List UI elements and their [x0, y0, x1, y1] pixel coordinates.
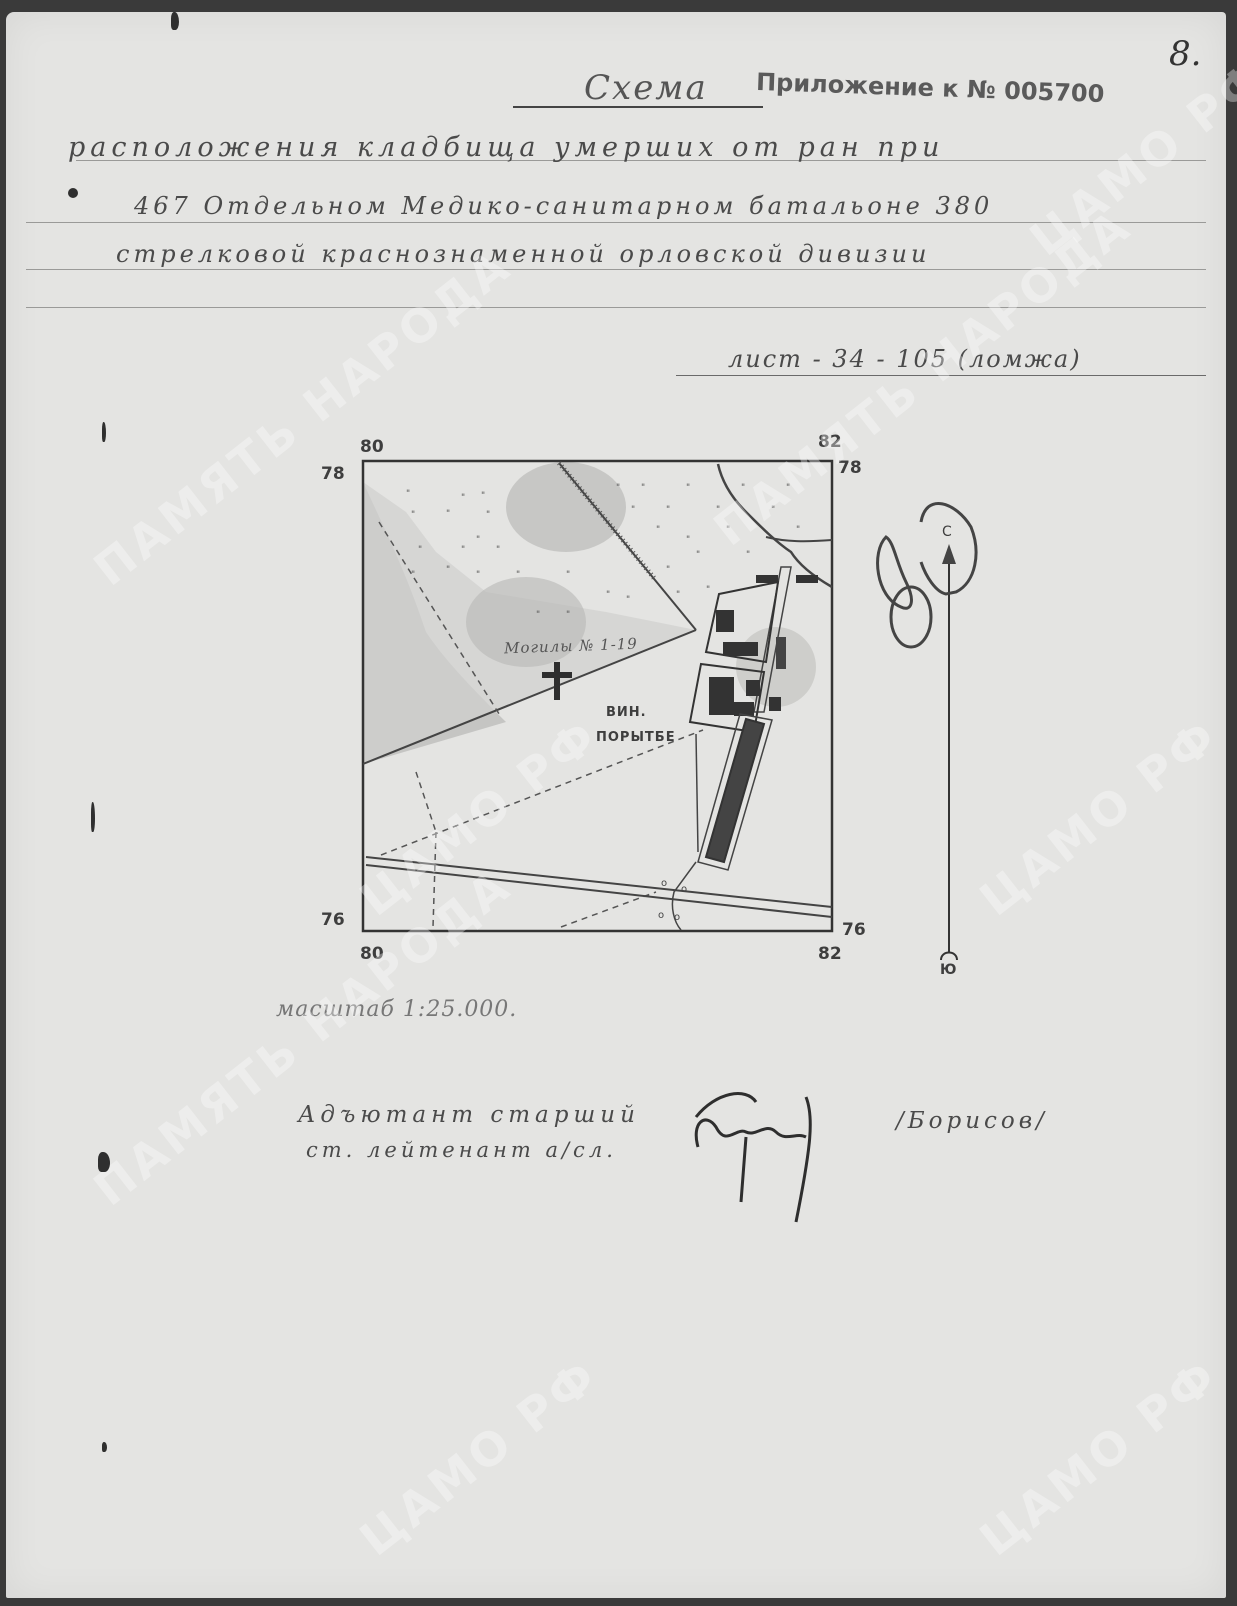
- svg-text:": ": [446, 565, 450, 575]
- svg-text:": ": [686, 483, 690, 493]
- svg-text:": ": [626, 595, 630, 605]
- svg-text:": ": [741, 483, 745, 493]
- svg-text:": ": [771, 505, 775, 515]
- north-arrow-icon: [846, 482, 986, 962]
- svg-text:": ": [746, 550, 750, 560]
- svg-text:": ": [481, 491, 485, 501]
- grid-label-right-top-y: 78: [838, 458, 862, 478]
- svg-text:": ": [461, 493, 465, 503]
- svg-text:": ": [606, 590, 610, 600]
- paper-damage: [91, 802, 95, 832]
- watermark-text: ЦАМО РФ: [970, 1348, 1229, 1567]
- svg-text:": ": [666, 565, 670, 575]
- svg-text:": ": [706, 585, 710, 595]
- compass-north-label: С: [942, 524, 953, 540]
- svg-text:": ": [476, 535, 480, 545]
- grid-label-top-left-x: 80: [360, 437, 384, 457]
- svg-text:": ": [461, 545, 465, 555]
- svg-text:": ": [786, 483, 790, 493]
- svg-text:": ": [566, 570, 570, 580]
- grid-label-left-bottom-y: 76: [321, 910, 345, 930]
- svg-text:": ": [666, 505, 670, 515]
- paper-damage: [171, 12, 179, 30]
- handwritten-signature-icon: [686, 1077, 846, 1227]
- paper-damage: [98, 1152, 110, 1172]
- watermark-text: ЦАМО РФ: [350, 1348, 609, 1567]
- paper-damage: [102, 422, 106, 442]
- watermark: ЦАМО РФ: [351, 1349, 608, 1565]
- document-page: Схема Приложение к № 005700 8. расположе…: [6, 12, 1226, 1598]
- svg-text:": ": [616, 483, 620, 493]
- signatory-name: /Борисов/: [896, 1108, 1048, 1134]
- svg-text:": ": [716, 505, 720, 515]
- signatory-position-line-2: ст. лейтенант а/сл.: [306, 1138, 617, 1162]
- svg-text:": ": [411, 570, 415, 580]
- svg-text:": ": [536, 610, 540, 620]
- grid-label-left-top-y: 78: [321, 464, 345, 484]
- paper-damage: [102, 1442, 107, 1452]
- svg-text:": ": [496, 545, 500, 555]
- svg-text:": ": [656, 525, 660, 535]
- village-label-line-1: ВИН.: [606, 705, 647, 720]
- svg-text:": ": [796, 525, 800, 535]
- svg-text:": ": [516, 570, 520, 580]
- svg-text:o: o: [681, 884, 687, 895]
- village-label-line-2: ПОРЫТБЕ: [596, 730, 676, 745]
- svg-text:": ": [406, 489, 410, 499]
- map-drawing: o o o o """ """ """" """"" """" """"" ""…: [6, 12, 1226, 1012]
- svg-text:": ": [686, 535, 690, 545]
- svg-text:o: o: [661, 878, 667, 889]
- cemetery-map: o o o o """ """ """" """"" """" """"" ""…: [6, 12, 1226, 1012]
- svg-text:": ": [676, 590, 680, 600]
- svg-text:": ": [418, 545, 422, 555]
- svg-text:": ": [696, 550, 700, 560]
- map-scale: масштаб 1:25.000.: [276, 997, 517, 1022]
- svg-text:": ": [486, 510, 490, 520]
- svg-text:": ": [411, 510, 415, 520]
- signatory-position-line-1: Адъютант старший: [298, 1102, 640, 1128]
- watermark: ЦАМО РФ: [971, 1349, 1228, 1565]
- svg-text:o: o: [674, 912, 680, 923]
- svg-text:": ": [446, 509, 450, 519]
- svg-text:": ": [726, 525, 730, 535]
- grid-label-top-right-x: 82: [818, 432, 842, 452]
- svg-text:": ": [566, 610, 570, 620]
- svg-text:o: o: [658, 910, 664, 921]
- grid-label-bottom-left-x: 80: [360, 944, 384, 964]
- paper-hole: [68, 188, 78, 198]
- svg-text:": ": [641, 483, 645, 493]
- svg-text:": ": [631, 505, 635, 515]
- compass-south-label: Ю: [940, 962, 957, 978]
- grid-label-bottom-right-x: 82: [818, 944, 842, 964]
- svg-text:": ": [476, 570, 480, 580]
